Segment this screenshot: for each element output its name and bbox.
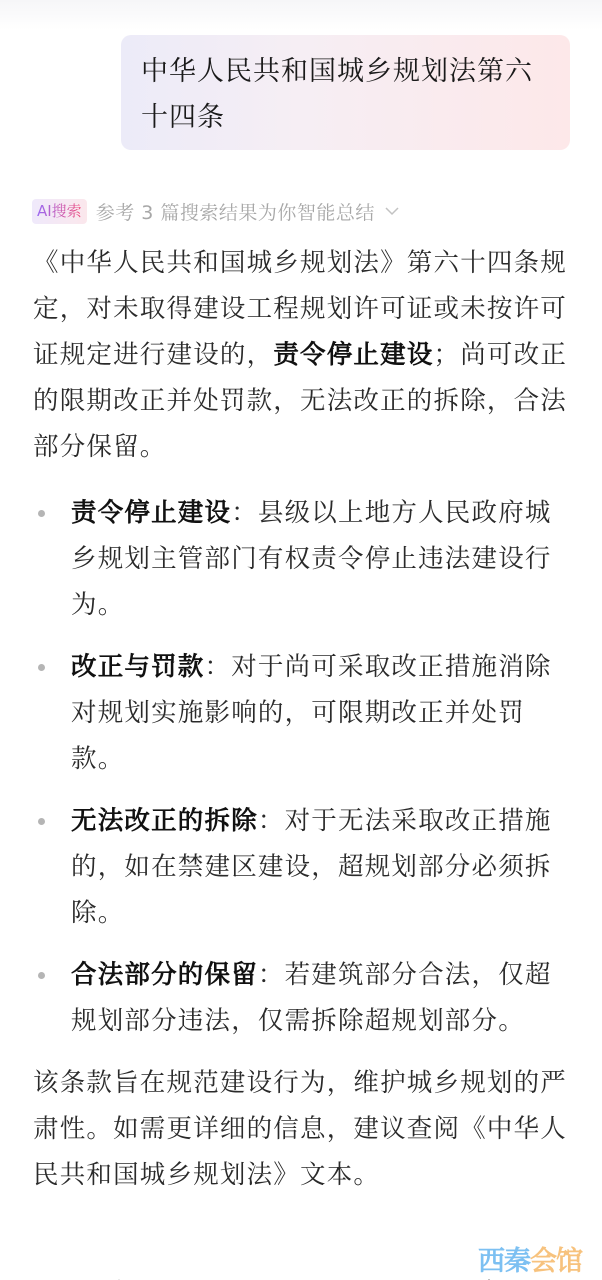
answer-bullet-list: 责令停止建设：县级以上地方人民政府城乡规划主管部门有权责令停止违法建设行为。 改… xyxy=(33,490,573,1044)
bullet-dot-icon xyxy=(38,972,45,979)
bullet-dot-icon xyxy=(38,664,45,671)
like-icon[interactable] xyxy=(482,1272,496,1280)
bullet-dot-icon xyxy=(38,818,45,825)
user-query-text: 中华人民共和国城乡规划法第六十四条 xyxy=(141,49,550,141)
list-item: 责令停止建设：县级以上地方人民政府城乡规划主管部门有权责令停止违法建设行为。 xyxy=(33,490,573,628)
ai-answer: 《中华人民共和国城乡规划法》第六十四条规定，对未取得建设工程规划许可证或未按许可… xyxy=(33,240,573,1198)
bullet-title: 合法部分的保留 xyxy=(71,960,258,990)
share-icon[interactable] xyxy=(112,1272,126,1280)
list-item: 合法部分的保留：若建筑部分合法，仅超规划部分违法，仅需拆除超规划部分。 xyxy=(33,952,573,1044)
answer-closing: 该条款旨在规范建设行为，维护城乡规划的严肃性。如需更详细的信息，建议查阅《中华人… xyxy=(33,1060,573,1198)
bullet-title: 无法改正的拆除 xyxy=(71,806,258,836)
user-query-bubble[interactable]: 中华人民共和国城乡规划法第六十四条 xyxy=(121,35,570,150)
list-item: 改正与罚款：对于尚可采取改正措施消除对规划实施影响的，可限期改正并处罚款。 xyxy=(33,644,573,782)
list-item: 无法改正的拆除：对于无法采取改正措施的，如在禁建区建设，超规划部分必须拆除。 xyxy=(33,798,573,936)
bullet-title: 责令停止建设 xyxy=(71,498,231,528)
ai-search-badge-label: AI搜索 xyxy=(37,202,82,220)
ai-summary-header[interactable]: AI搜索 参考 3 篇搜索结果为你智能总结 xyxy=(32,197,399,225)
chevron-down-icon[interactable] xyxy=(385,204,399,218)
answer-intro: 《中华人民共和国城乡规划法》第六十四条规定，对未取得建设工程规划许可证或未按许可… xyxy=(33,240,573,470)
ai-search-badge: AI搜索 xyxy=(32,199,87,224)
action-bar xyxy=(0,1272,602,1280)
reference-count-text: 参考 3 篇搜索结果为你智能总结 xyxy=(96,198,375,225)
bullet-dot-icon xyxy=(38,510,45,517)
intro-bold-text: 责令停止建设 xyxy=(273,340,433,370)
copy-icon[interactable] xyxy=(40,1272,62,1280)
bullet-title: 改正与罚款 xyxy=(71,652,205,682)
chat-page: 中华人民共和国城乡规划法第六十四条 AI搜索 参考 3 篇搜索结果为你智能总结 … xyxy=(0,0,602,1280)
dislike-icon[interactable] xyxy=(538,1272,562,1280)
